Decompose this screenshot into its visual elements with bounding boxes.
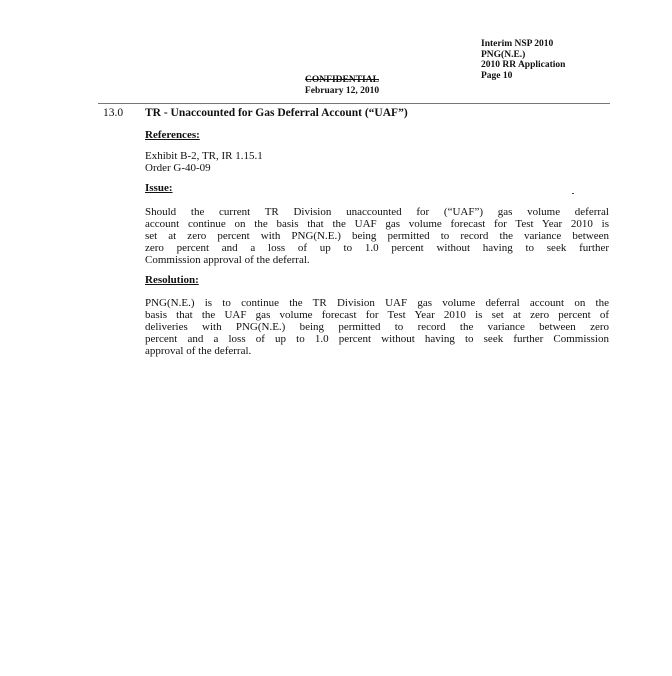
resolution-line: PNG(N.E.) is to continue the TR Division… [145, 297, 609, 309]
section-number: 13.0 [103, 107, 123, 119]
resolution-heading: Resolution: [145, 274, 199, 286]
issue-line: account continue on the basis that the U… [145, 218, 609, 230]
issue-line: Commission approval of the deferral. [145, 254, 609, 266]
issue-line: Should the current TR Division unaccount… [145, 206, 609, 218]
reference-item: Order G-40-09 [145, 162, 211, 174]
resolution-line: basis that the UAF gas volume forecast f… [145, 309, 609, 321]
header-page-number: Page 10 [481, 71, 565, 82]
document-page: Interim NSP 2010 PNG(N.E.) 2010 RR Appli… [0, 0, 672, 676]
issue-line: set at zero percent with PNG(N.E.) being… [145, 230, 609, 242]
issue-heading: Issue: [145, 182, 173, 194]
resolution-line: deliveries with PNG(N.E.) being permitte… [145, 321, 609, 333]
header-doc-title: Interim NSP 2010 [481, 39, 565, 50]
section-title: TR - Unaccounted for Gas Deferral Accoun… [145, 107, 408, 119]
header-application: 2010 RR Application [481, 60, 565, 71]
header-right-block: Interim NSP 2010 PNG(N.E.) 2010 RR Appli… [481, 39, 565, 81]
header-company: PNG(N.E.) [481, 50, 565, 61]
reference-item: Exhibit B-2, TR, IR 1.15.1 [145, 150, 263, 162]
resolution-paragraph: PNG(N.E.) is to continue the TR Division… [145, 297, 609, 357]
issue-paragraph: Should the current TR Division unaccount… [145, 206, 609, 266]
references-heading: References: [145, 129, 200, 141]
header-divider [98, 103, 610, 104]
header-center-block: CONFIDENTIAL February 12, 2010 [290, 75, 394, 96]
resolution-line: percent and a loss of up to 1.0 percent … [145, 333, 609, 345]
header-date: February 12, 2010 [290, 86, 394, 97]
resolution-line: approval of the deferral. [145, 345, 609, 357]
issue-line: zero percent and a loss of up to 1.0 per… [145, 242, 609, 254]
scan-speck [572, 193, 574, 194]
confidential-label: CONFIDENTIAL [290, 75, 394, 86]
